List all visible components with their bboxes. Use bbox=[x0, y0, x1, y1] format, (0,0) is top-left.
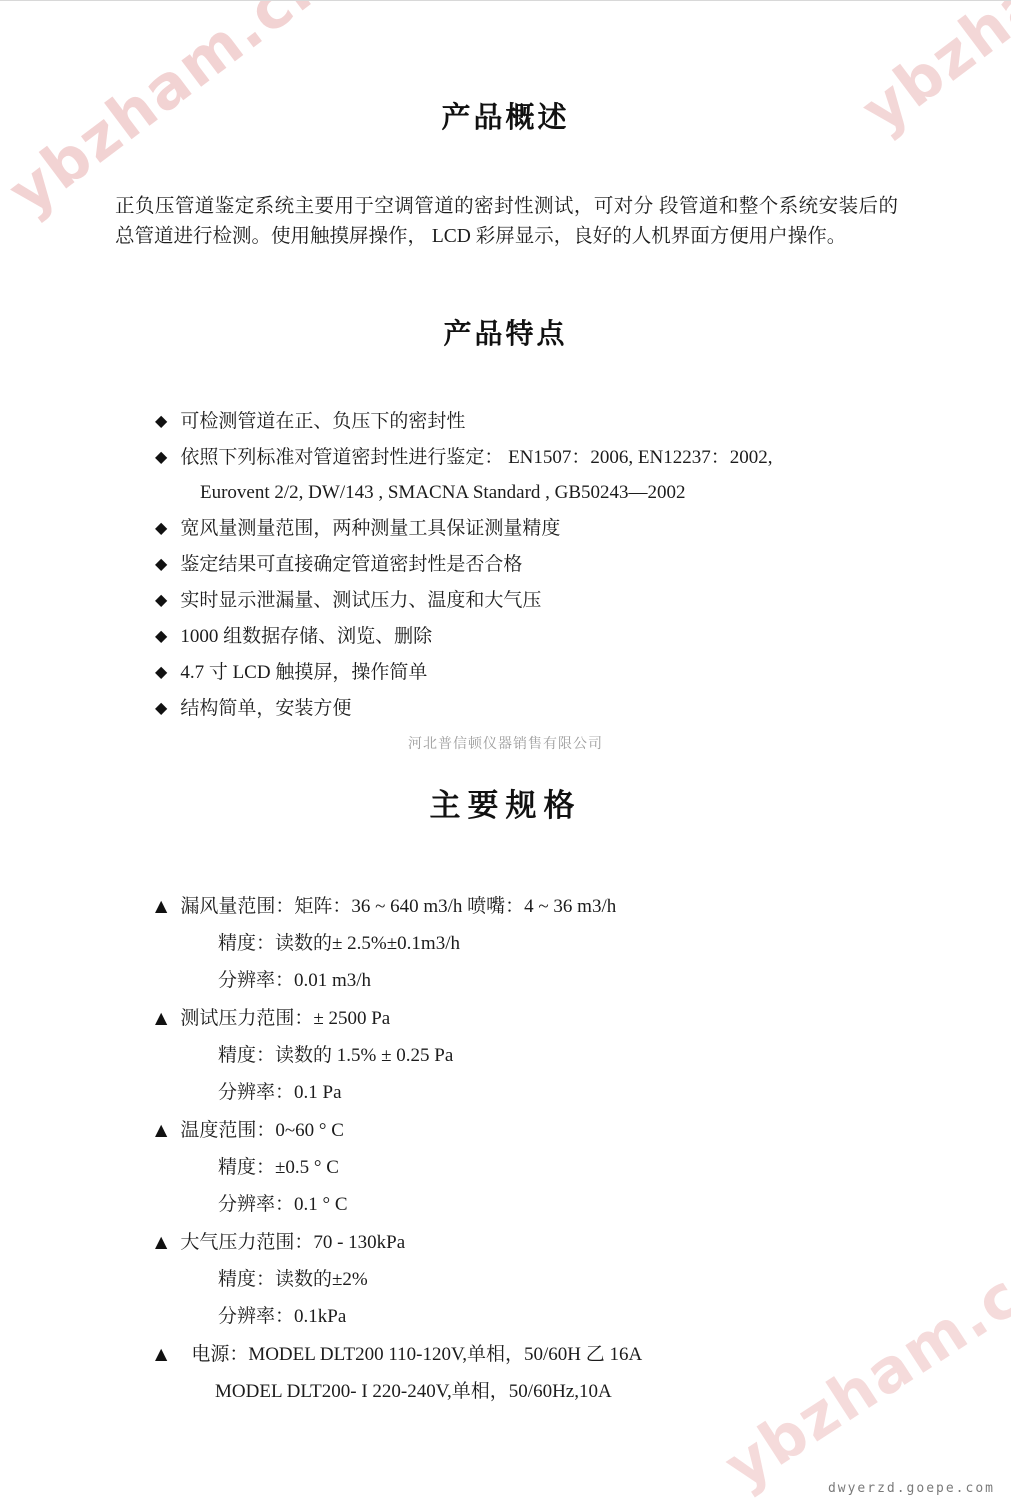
triangle-bullet-icon: ▲ bbox=[155, 1344, 167, 1363]
spec-text: 分辨率：0.1 Pa bbox=[218, 1082, 342, 1103]
feature-item: ◆实时显示泄漏量、测试压力、温度和大气压 bbox=[155, 582, 772, 618]
spec-subitem: 分辨率：0.1 ° C bbox=[155, 1186, 642, 1223]
feature-item-continuation: Eurovent 2/2, DW/143 , SMACNA Standard ,… bbox=[155, 475, 772, 510]
triangle-bullet-icon: ▲ bbox=[155, 1120, 167, 1139]
spec-text: 温度范围：0~60 ° C bbox=[180, 1120, 344, 1141]
diamond-bullet-icon: ◆ bbox=[155, 590, 167, 609]
company-watermark: 河北普信顿仪器销售有限公司 bbox=[0, 733, 1011, 753]
spec-text: 精度：读数的± 2.5%±0.1m3/h bbox=[218, 933, 460, 954]
triangle-bullet-icon: ▲ bbox=[155, 1008, 167, 1027]
spec-subitem: MODEL DLT200- I 220-240V,单相，50/60Hz,10A bbox=[155, 1373, 642, 1410]
feature-item: ◆依照下列标准对管道密封性进行鉴定： EN1507：2006, EN12237：… bbox=[155, 439, 772, 475]
spec-item: ▲温度范围：0~60 ° C bbox=[155, 1111, 642, 1149]
feature-item: ◆4.7 寸 LCD 触摸屏，操作简单 bbox=[155, 654, 772, 690]
spec-text: MODEL DLT200- I 220-240V,单相，50/60Hz,10A bbox=[215, 1381, 612, 1402]
feature-text: 可检测管道在正、负压下的密封性 bbox=[180, 411, 465, 432]
diamond-bullet-icon: ◆ bbox=[155, 698, 167, 717]
spec-item: ▲漏风量范围：矩阵：36 ~ 640 m3/h 喷嘴：4 ~ 36 m3/h bbox=[155, 887, 642, 925]
spec-subitem: 精度：读数的±2% bbox=[155, 1261, 642, 1298]
feature-text: 4.7 寸 LCD 触摸屏，操作简单 bbox=[180, 662, 427, 683]
feature-text: 宽风量测量范围，两种测量工具保证测量精度 bbox=[180, 518, 560, 539]
spec-subitem: 分辨率：0.01 m3/h bbox=[155, 962, 642, 999]
diamond-bullet-icon: ◆ bbox=[155, 447, 167, 466]
watermark-site-bottom-right: ybzham.cn bbox=[713, 1270, 1011, 1500]
feature-text: 1000 组数据存储、浏览、删除 bbox=[180, 626, 432, 647]
spec-subitem: 精度：±0.5 ° C bbox=[155, 1149, 642, 1186]
section-title-specs: 主要规格 bbox=[0, 780, 1011, 825]
specs-list: ▲漏风量范围：矩阵：36 ~ 640 m3/h 喷嘴：4 ~ 36 m3/h 精… bbox=[155, 887, 642, 1410]
feature-item: ◆1000 组数据存储、浏览、删除 bbox=[155, 618, 772, 654]
spec-text: 精度：±0.5 ° C bbox=[218, 1157, 339, 1178]
diamond-bullet-icon: ◆ bbox=[155, 411, 167, 430]
diamond-bullet-icon: ◆ bbox=[155, 554, 167, 573]
spec-subitem: 分辨率：0.1kPa bbox=[155, 1298, 642, 1335]
spec-item: ▲大气压力范围：70 - 130kPa bbox=[155, 1223, 642, 1261]
diamond-bullet-icon: ◆ bbox=[155, 662, 167, 681]
spec-text: 精度：读数的 1.5% ± 0.25 Pa bbox=[218, 1045, 453, 1066]
feature-text: 鉴定结果可直接确定管道密封性是否合格 bbox=[180, 554, 522, 575]
spec-text: 大气压力范围：70 - 130kPa bbox=[180, 1232, 405, 1253]
document-page: ybzham.cn ybzham.cn ybzham.cn 产品概述 正负压管道… bbox=[0, 0, 1011, 1500]
spec-text: 分辨率：0.1kPa bbox=[218, 1306, 346, 1327]
spec-subitem: 分辨率：0.1 Pa bbox=[155, 1074, 642, 1111]
section-title-features: 产品特点 bbox=[0, 312, 1011, 352]
feature-text: 依照下列标准对管道密封性进行鉴定： EN1507：2006, EN12237：2… bbox=[180, 447, 772, 468]
section-title-overview: 产品概述 bbox=[0, 95, 1011, 136]
spec-text: 分辨率：0.01 m3/h bbox=[218, 970, 371, 991]
feature-item: ◆可检测管道在正、负压下的密封性 bbox=[155, 403, 772, 439]
footer-site-url: dwyerzd.goepe.com bbox=[828, 1481, 995, 1496]
feature-item: ◆结构简单，安装方便 bbox=[155, 690, 772, 726]
spec-item: ▲电源：MODEL DLT200 110-120V,单相，50/60H 乙 16… bbox=[155, 1335, 642, 1373]
feature-item: ◆宽风量测量范围，两种测量工具保证测量精度 bbox=[155, 510, 772, 546]
triangle-bullet-icon: ▲ bbox=[155, 896, 167, 915]
overview-paragraph: 正负压管道鉴定系统主要用于空调管道的密封性测试，可对分 段管道和整个系统安装后的… bbox=[115, 192, 898, 252]
feature-text: 实时显示泄漏量、测试压力、温度和大气压 bbox=[180, 590, 541, 611]
spec-text: 漏风量范围：矩阵：36 ~ 640 m3/h 喷嘴：4 ~ 36 m3/h bbox=[180, 896, 616, 917]
spec-text: 测试压力范围：± 2500 Pa bbox=[180, 1008, 390, 1029]
triangle-bullet-icon: ▲ bbox=[155, 1232, 167, 1251]
spec-item: ▲测试压力范围：± 2500 Pa bbox=[155, 999, 642, 1037]
spec-subitem: 精度：读数的± 2.5%±0.1m3/h bbox=[155, 925, 642, 962]
feature-item: ◆鉴定结果可直接确定管道密封性是否合格 bbox=[155, 546, 772, 582]
diamond-bullet-icon: ◆ bbox=[155, 518, 167, 537]
spec-text: 电源：MODEL DLT200 110-120V,单相，50/60H 乙 16A bbox=[191, 1344, 642, 1365]
features-list: ◆可检测管道在正、负压下的密封性 ◆依照下列标准对管道密封性进行鉴定： EN15… bbox=[155, 403, 772, 726]
spec-text: 分辨率：0.1 ° C bbox=[218, 1194, 348, 1215]
spec-text: 精度：读数的±2% bbox=[218, 1269, 368, 1290]
feature-text: Eurovent 2/2, DW/143 , SMACNA Standard ,… bbox=[200, 482, 686, 503]
diamond-bullet-icon: ◆ bbox=[155, 626, 167, 645]
feature-text: 结构简单，安装方便 bbox=[180, 698, 351, 719]
spec-subitem: 精度：读数的 1.5% ± 0.25 Pa bbox=[155, 1037, 642, 1074]
